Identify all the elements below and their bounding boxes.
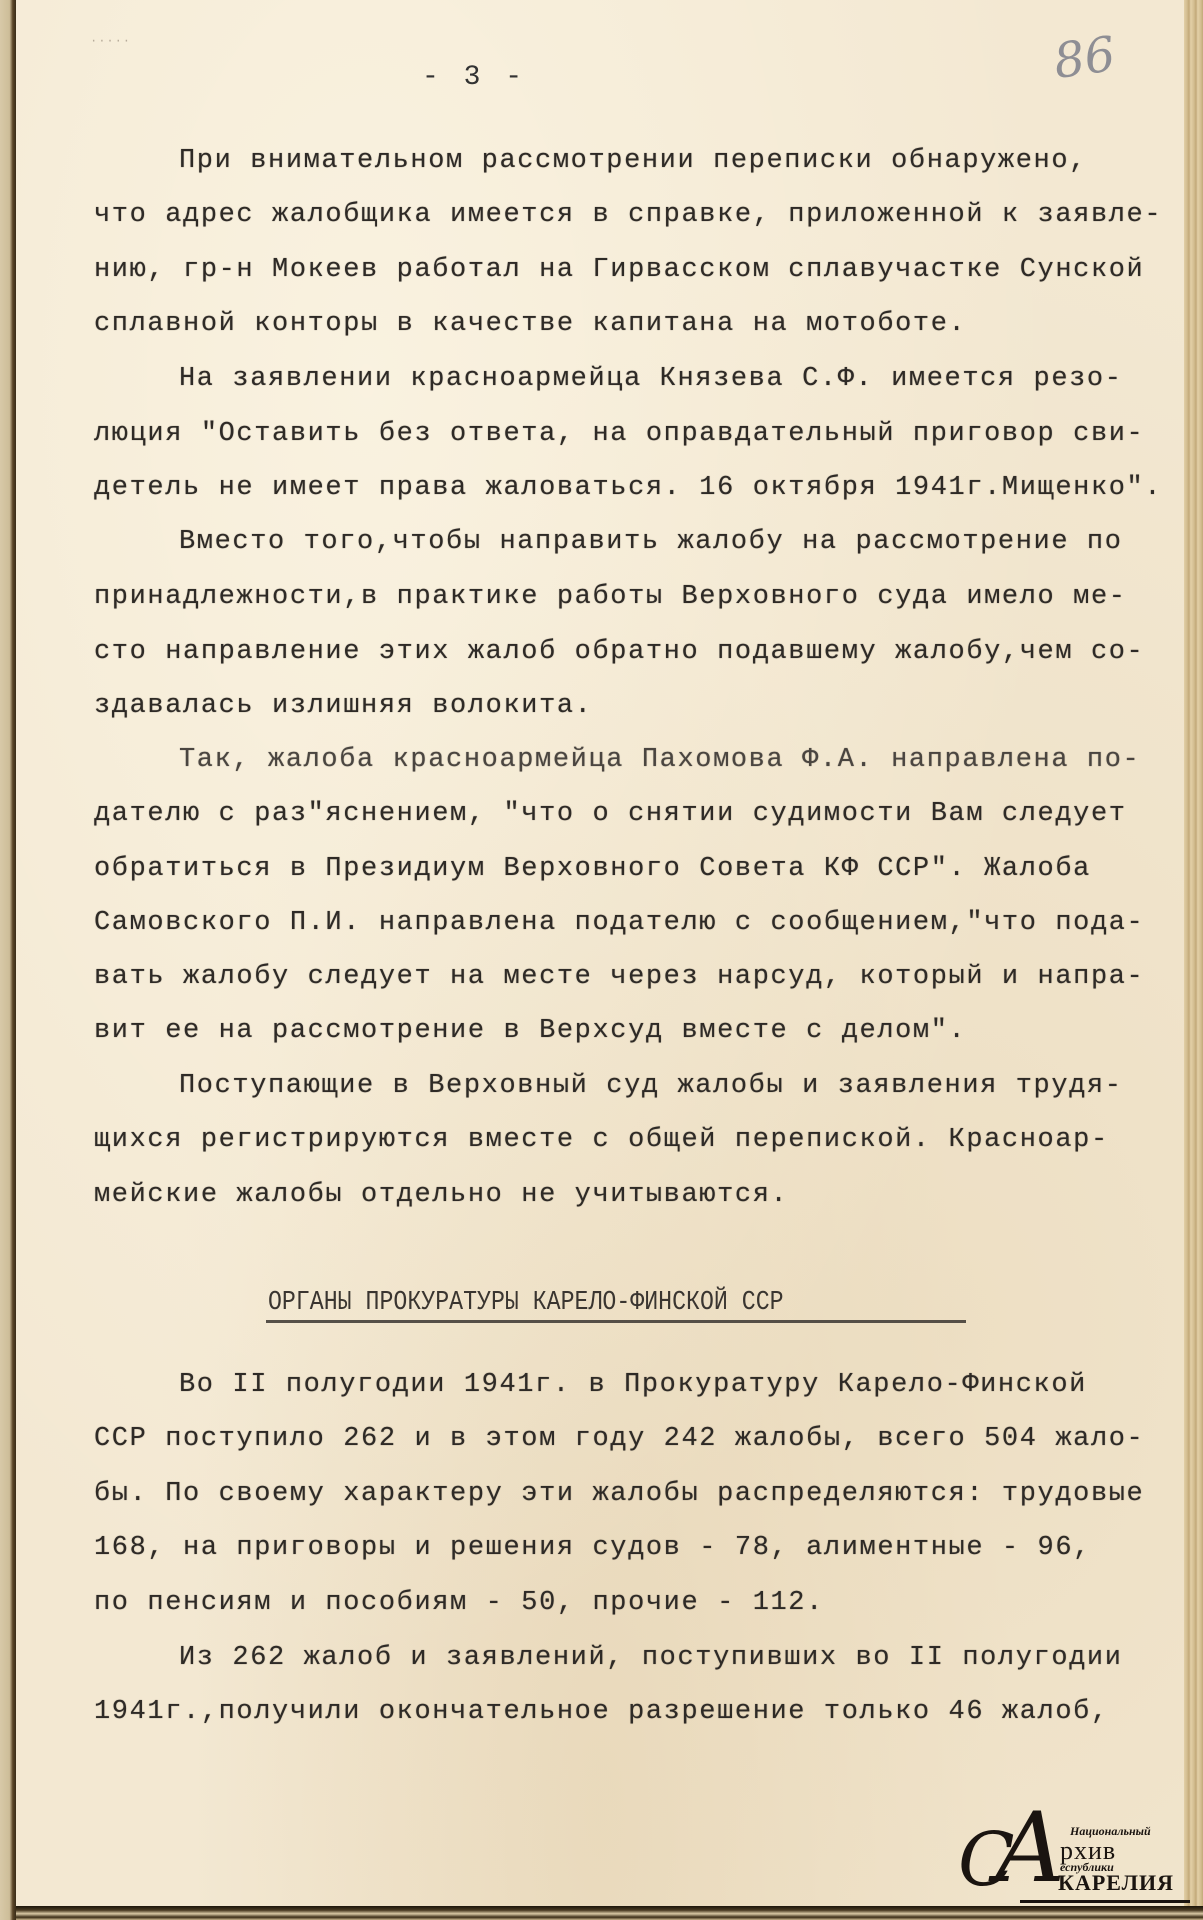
paragraph-1-line-4: сплавной конторы в качестве капитана на … xyxy=(94,309,966,339)
paragraph-3-line-1: Вместо того,чтобы направить жалобу на ра… xyxy=(179,527,1123,557)
archive-watermark-logo: С А Национальный рхив еспублики КАРЕЛИЯ xyxy=(958,1820,1188,1910)
right-page-edges xyxy=(1184,0,1203,1920)
document-page: ∙∙∙∙∙ - 3 - 86 При внимательном рассмотр… xyxy=(16,0,1184,1906)
logo-text-karelia: КАРЕЛИЯ xyxy=(1058,1870,1174,1896)
paragraph-2-line-2: люция "Оставить без ответа, на оправдате… xyxy=(94,419,1144,449)
section-paragraph-1-line-2: ССР поступило 262 и в этом году 242 жало… xyxy=(94,1424,1144,1454)
paragraph-4-line-5: вать жалобу следует на месте через нарсу… xyxy=(94,962,1144,992)
section-heading-underline xyxy=(266,1320,966,1323)
section-paragraph-2-line-1: Из 262 жалоб и заявлений, поступивших во… xyxy=(179,1643,1123,1673)
paragraph-2-line-3: детель не имеет права жаловаться. 16 окт… xyxy=(94,473,1162,503)
logo-initial-a: А xyxy=(994,1798,1067,1898)
paragraph-4-line-1: Так, жалоба красноармейца Пахомова Ф.А. … xyxy=(179,745,1140,775)
page-number: - 3 - xyxy=(422,62,526,93)
section-paragraph-1-line-5: по пенсиям и пособиям - 50, прочие - 112… xyxy=(94,1588,824,1618)
logo-quill-icon xyxy=(1020,1900,1190,1903)
folio-number-handwritten: 86 xyxy=(1050,26,1118,90)
paragraph-4-line-2: дателю с раз"яснением, "что о снятии суд… xyxy=(94,799,1127,829)
paragraph-3-line-2: принадлежности,в практике работы Верховн… xyxy=(94,582,1127,612)
section-paragraph-1-line-1: Во II полугодии 1941г. в Прокуратуру Кар… xyxy=(179,1370,1087,1400)
paragraph-2-line-1: На заявлении красноармейца Князева С.Ф. … xyxy=(179,364,1123,394)
left-binding-edge xyxy=(0,0,16,1920)
paragraph-4-line-4: Самовского П.И. направлена подателю с со… xyxy=(94,908,1144,938)
section-paragraph-1-line-3: бы. По своему характеру эти жалобы распр… xyxy=(94,1479,1144,1509)
paragraph-1-line-1: При внимательном рассмотрении переписки … xyxy=(179,146,1087,176)
section-paragraph-1-line-4: 168, на приговоры и решения судов - 78, … xyxy=(94,1533,1091,1563)
paragraph-1-line-2: что адрес жалобщика имеется в справке, п… xyxy=(94,200,1162,230)
paragraph-3-line-3: сто направление этих жалоб обратно подав… xyxy=(94,637,1144,667)
paragraph-1-line-3: нию, гр-н Мокеев работал на Гирвасском с… xyxy=(94,255,1144,285)
paragraph-3-line-4: здавалась излишняя волокита. xyxy=(94,691,592,721)
paragraph-5-line-3: мейские жалобы отдельно не учитываются. xyxy=(94,1180,788,1210)
section-paragraph-2-line-2: 1941г.,получили окончательное разрешение… xyxy=(94,1697,1109,1727)
paragraph-5-line-2: щихся регистрируются вместе с общей пере… xyxy=(94,1125,1109,1155)
paragraph-5-line-1: Поступающие в Верховный суд жалобы и зая… xyxy=(179,1071,1123,1101)
faint-stamp-mark: ∙∙∙∙∙ xyxy=(90,34,131,48)
paragraph-4-line-6: вит ее на рассмотрение в Верхсуд вместе … xyxy=(94,1016,966,1046)
section-heading: ОРГАНЫ ПРОКУРАТУРЫ КАРЕЛО-ФИНСКОЙ ССР xyxy=(268,1288,784,1318)
paragraph-4-line-3: обратиться в Президиум Верховного Совета… xyxy=(94,854,1091,884)
